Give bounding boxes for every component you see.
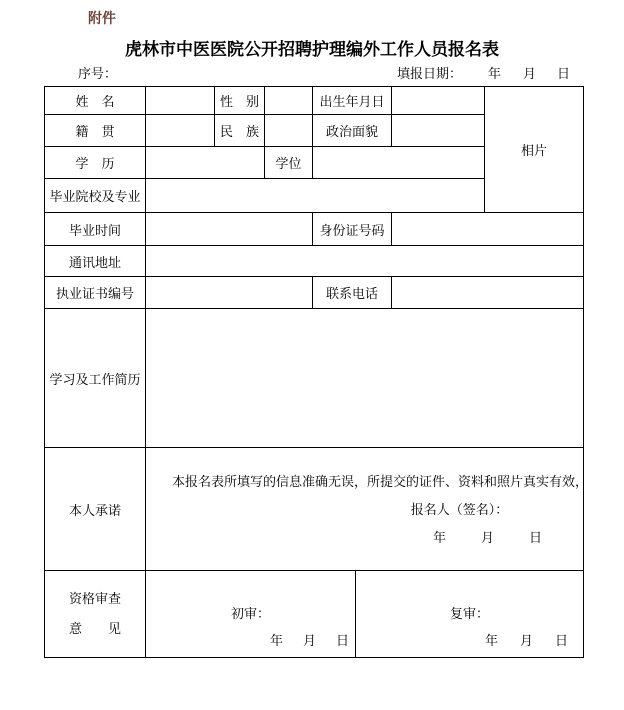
ethnicity-value-cell xyxy=(265,115,313,147)
name-value-cell xyxy=(146,87,215,115)
serial-number-label: 序号： xyxy=(78,63,117,82)
initial-review-year-unit: 年 xyxy=(270,630,283,649)
graduation-time-label: 毕业时间 xyxy=(45,213,146,246)
application-form-table: 姓 名 性 别 出生年月日 相片 籍 贯 民 族 政治面貌 学 历 学位 毕业院… xyxy=(44,86,584,658)
native-place-label: 籍 贯 xyxy=(45,115,146,147)
gender-label: 性 别 xyxy=(215,87,265,115)
row-cert-phone: 执业证书编号 联系电话 xyxy=(45,277,584,309)
fill-date-month-unit: 月 xyxy=(523,63,536,82)
fill-date-year-unit: 年 xyxy=(488,63,501,82)
row-graduation-id: 毕业时间 身份证号码 xyxy=(45,213,584,246)
form-title: 虎林市中医医院公开招聘护理编外工作人员报名表 xyxy=(0,35,624,60)
political-status-value-cell xyxy=(392,115,485,147)
second-review-label: 复审： xyxy=(356,606,583,622)
resume-label: 学习及工作简历 xyxy=(45,309,146,448)
commitment-date-day-unit: 日 xyxy=(529,525,542,551)
commitment-date-year-unit: 年 xyxy=(433,525,446,551)
fill-date-label: 填报日期： xyxy=(397,63,462,82)
initial-review-day-unit: 日 xyxy=(336,630,349,649)
qualification-review-label-line1: 资格审查 xyxy=(45,584,145,614)
school-major-value-cell xyxy=(146,179,485,213)
address-value-cell xyxy=(146,246,584,277)
name-label: 姓 名 xyxy=(45,87,146,115)
initial-review-date-line: 年 月 日 xyxy=(270,630,355,649)
row-commitment: 本人承诺 本报名表所填写的信息准确无误，所提交的证件、资料和照片真实有效，若有虚… xyxy=(45,448,584,571)
graduation-time-value-cell xyxy=(146,213,313,246)
second-review-month-unit: 月 xyxy=(520,630,533,649)
row-address: 通讯地址 xyxy=(45,246,584,277)
gender-value-cell xyxy=(265,87,313,115)
second-review-cell: 复审： 年 月 日 xyxy=(356,571,584,658)
row-name-gender-birth: 姓 名 性 别 出生年月日 相片 xyxy=(45,87,584,115)
application-form-document: 附件 虎林市中医医院公开招聘护理编外工作人员报名表 序号： 填报日期： 年 月 … xyxy=(0,0,624,710)
education-value-cell xyxy=(146,147,265,179)
second-review-year-unit: 年 xyxy=(485,630,498,649)
qualification-review-label-line2: 意 见 xyxy=(45,614,145,644)
attachment-label: 附件 xyxy=(88,8,116,28)
birth-date-value-cell xyxy=(392,87,485,115)
native-place-value-cell xyxy=(146,115,215,147)
address-label: 通讯地址 xyxy=(45,246,146,277)
resume-value-cell xyxy=(146,309,584,448)
commitment-date-line: 年 月 日 xyxy=(146,525,583,551)
commitment-label: 本人承诺 xyxy=(45,448,146,571)
id-number-label: 身份证号码 xyxy=(313,213,392,246)
initial-review-cell: 初审： 年 月 日 xyxy=(146,571,356,658)
initial-review-month-unit: 月 xyxy=(303,630,316,649)
phone-label: 联系电话 xyxy=(313,277,392,309)
practice-cert-label: 执业证书编号 xyxy=(45,277,146,309)
row-qualification-review: 资格审查 意 见 初审： 年 月 日 复审： 年 月 日 xyxy=(45,571,584,658)
initial-review-label: 初审： xyxy=(146,606,355,622)
photo-cell: 相片 xyxy=(485,87,584,213)
qualification-review-label: 资格审查 意 见 xyxy=(45,571,146,658)
row-resume: 学习及工作简历 xyxy=(45,309,584,448)
ethnicity-label: 民 族 xyxy=(215,115,265,147)
birth-date-label: 出生年月日 xyxy=(313,87,392,115)
degree-value-cell xyxy=(313,147,485,179)
commitment-statement: 本报名表所填写的信息准确无误，所提交的证件、资料和照片真实有效，若有虚假，所产生… xyxy=(146,467,583,497)
commitment-content-cell: 本报名表所填写的信息准确无误，所提交的证件、资料和照片真实有效，若有虚假，所产生… xyxy=(146,448,584,571)
id-number-value-cell xyxy=(392,213,584,246)
practice-cert-value-cell xyxy=(146,277,313,309)
second-review-day-unit: 日 xyxy=(555,630,568,649)
fill-date-day-unit: 日 xyxy=(557,63,570,82)
phone-value-cell xyxy=(392,277,584,309)
applicant-signature-line: 报名人（签名）： xyxy=(146,497,583,523)
degree-label: 学位 xyxy=(265,147,313,179)
commitment-date-month-unit: 月 xyxy=(481,525,494,551)
school-major-label: 毕业院校及专业 xyxy=(45,179,146,213)
education-label: 学 历 xyxy=(45,147,146,179)
applicant-signature-label: 报名人（签名）： xyxy=(411,502,509,517)
political-status-label: 政治面貌 xyxy=(313,115,392,147)
second-review-date-line: 年 月 日 xyxy=(485,630,583,649)
meta-row: 序号： 填报日期： 年 月 日 xyxy=(0,63,624,81)
